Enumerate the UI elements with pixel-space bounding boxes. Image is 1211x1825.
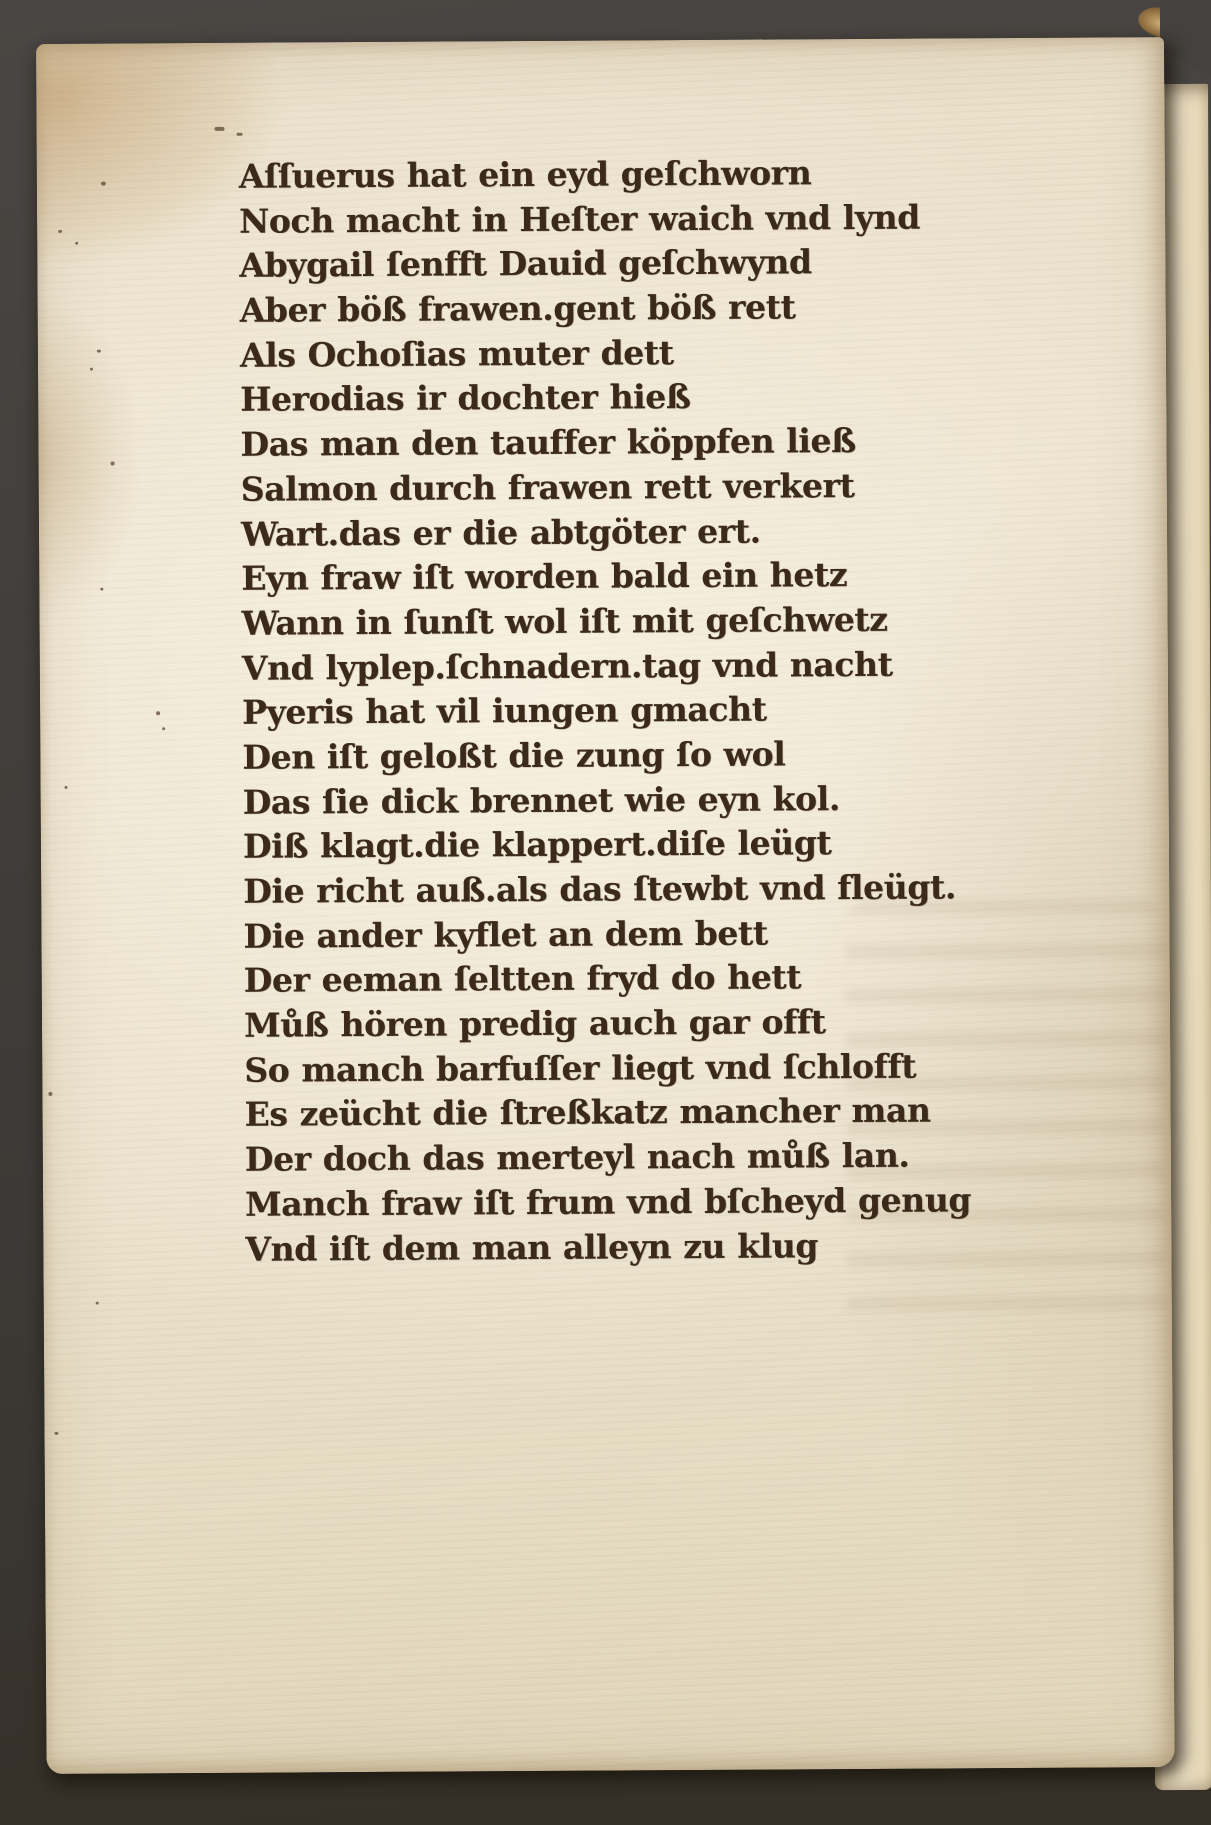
poem-line: Herodias ir dochter hieß: [240, 374, 980, 423]
ink-speck: [48, 1092, 52, 1096]
poem-line: Das man den tauffer köppfen ließ: [240, 418, 980, 467]
poem-line: Das ſie dick brennet wie eyn kol.: [243, 776, 983, 825]
poem-line: Der eeman ſeltten fryd do hett: [244, 955, 984, 1004]
ink-speck: [100, 588, 103, 591]
poem-line: Aſſuerus hat ein eyd geſchworn: [239, 150, 979, 199]
background-shadow-wedge: [1160, 0, 1211, 96]
poem-line: Die richt auß.als das ſtewbt vnd fleügt.: [243, 865, 983, 914]
ink-speck: [215, 127, 225, 131]
ink-speck: [101, 182, 106, 186]
ink-speck: [58, 230, 62, 233]
poem-line: Salmon durch frawen rett verkert: [241, 463, 981, 512]
poem-line: Vnd lyplep.ſchnadern.tag vnd nacht: [242, 642, 982, 691]
poem-text-block: Aſſuerus hat ein eyd geſchworn Noch mach…: [239, 150, 986, 1272]
poem-line: Můß hören predig auch gar offt: [244, 999, 984, 1048]
poem-line: Wann in ſunſt wol iſt mit geſchwetz: [241, 597, 981, 646]
poem-line: Den iſt geloßt die zung ſo wol: [242, 731, 982, 780]
poem-line: Als Ochoſias muter dett: [240, 329, 980, 378]
book-scan: Aſſuerus hat ein eyd geſchworn Noch mach…: [0, 0, 1211, 1825]
poem-line: Noch macht in Heſter waich vnd lynd: [239, 195, 979, 244]
book-page: Aſſuerus hat ein eyd geſchworn Noch mach…: [36, 37, 1175, 1774]
poem-line: So manch barfuſſer liegt vnd ſchlofft: [244, 1044, 984, 1093]
ink-speck: [97, 350, 101, 353]
poem-line: Vnd iſt dem man alleyn zu klug: [245, 1223, 985, 1272]
poem-line: Manch fraw iſt frum vnd bſcheyd genug: [245, 1178, 985, 1227]
ink-speck: [237, 133, 243, 136]
poem-line: Eyn fraw iſt worden bald ein hetz: [241, 552, 981, 601]
poem-line: Diß klagt.die klappert.diſe leügt: [243, 821, 983, 870]
ink-speck: [96, 1302, 99, 1305]
poem-line: Abygail ſenfft Dauid geſchwynd: [239, 240, 979, 289]
poem-line: Pyeris hat vil iungen gmacht: [242, 686, 982, 735]
ink-speck: [75, 242, 78, 245]
poem-line: Die ander kyflet an dem bett: [243, 910, 983, 959]
ink-speck: [90, 368, 93, 371]
ink-speck: [111, 462, 115, 466]
ink-speck: [156, 711, 160, 715]
ink-speck: [65, 786, 68, 789]
ink-speck: [54, 1432, 58, 1435]
poem-line: Aber böß frawen.gent böß rett: [239, 284, 979, 333]
ink-speck: [162, 727, 165, 730]
poem-line: Der doch das merteyl nach můß lan.: [245, 1133, 985, 1182]
poem-line: Es zeücht die ſtreßkatz mancher man: [244, 1089, 984, 1138]
poem-line: Wart.das er die abtgöter ert.: [241, 508, 981, 557]
